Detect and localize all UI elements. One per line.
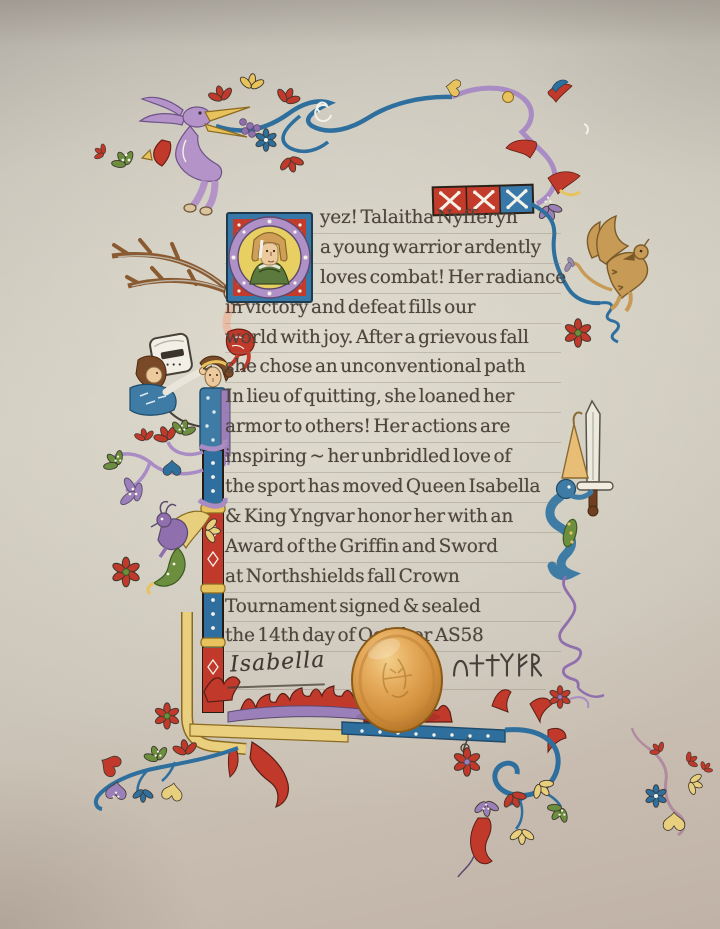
scroll-text-line: at Northshields fall Crown (225, 563, 561, 593)
scroll-text-line: armor to others! Her actions are (225, 413, 561, 443)
scroll-text-line: Award of the Griffin and Sword (225, 533, 561, 563)
scroll-text-line: she chose an unconventional path (225, 353, 561, 383)
scroll-text-line: & King Yngvar honor her with an (225, 503, 561, 533)
scroll-text-line: inspiring ~ her unbridled love of (225, 443, 561, 473)
illuminated-initial (226, 212, 313, 303)
dragon-figure (140, 97, 250, 215)
manuscript-photo: yez! Talaitha Nyfferyn a young warrior a… (0, 0, 720, 929)
purple-tendril (560, 576, 581, 688)
bottom-right-vine (578, 688, 716, 835)
monk-portrait (250, 233, 289, 285)
scroll-text-line: world with joy. After a grievous fall (225, 324, 561, 354)
scroll-text-line: the sport has moved Queen Isabella (225, 473, 561, 503)
queen-signature: Isabella (229, 648, 326, 678)
scroll-text-line: In lieu of quitting, she loaned her (225, 383, 561, 413)
wax-seal (340, 615, 460, 745)
king-runic-signature (450, 650, 546, 680)
